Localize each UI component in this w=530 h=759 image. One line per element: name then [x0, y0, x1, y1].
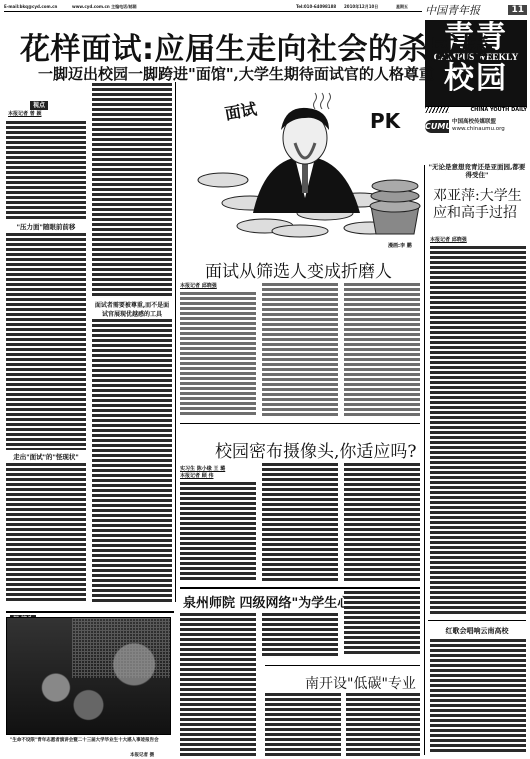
header-email: E-mail:bkq@cyd.com.cn: [4, 4, 57, 9]
page-number: 11: [508, 5, 527, 15]
cartoon-illustration: 面试 PK: [195, 88, 423, 238]
story2-byline: 本报记者 邱晓强: [180, 282, 217, 289]
main-story-text-col1c: [6, 462, 86, 602]
story3-text-col2: [262, 462, 338, 581]
strip-text: CHINA YOUTH DAILY: [468, 107, 527, 113]
masthead: 中国青年报 11 青青 CAMPUS WEEKLY 校园 CHINA YOUTH…: [425, 3, 527, 133]
china-youth-daily-strip: CHINA YOUTH DAILY: [425, 106, 527, 113]
header-date: 2010年12月10日: [344, 4, 378, 9]
cartoon-credit: 漫画:李 鹏: [388, 242, 412, 249]
main-subhead-2: 面试者需要被尊重,而不是面试官展现优越感的工具: [92, 300, 172, 318]
cartoon-label-pk: PK: [370, 109, 402, 133]
story5-text-col2: [346, 692, 420, 756]
sidebar-rule: [428, 620, 526, 621]
news-photo: [6, 617, 171, 735]
story3-headline: 校园密布摄像头,你适应吗?: [215, 437, 417, 462]
story5-headline: 南开设"低碳"专业: [305, 673, 416, 693]
sidebar-headline: 邓亚萍:大学生应和高手过招: [433, 188, 525, 222]
main-story-text-col1a: [6, 120, 86, 220]
story2-headline: 面试从筛选人变成折磨人: [205, 257, 392, 282]
header-website: www.cyd.com.cn 主编电话/邮箱: [72, 4, 137, 9]
section-tag-viewpoint: 视点: [30, 92, 48, 111]
section-divider: [180, 423, 420, 424]
story3-text-col3: [344, 462, 420, 581]
section-title-line2: 校园: [425, 63, 527, 94]
main-subheadline: 一脚迈出校园一脚跨进"面馆",大学生期待面试官的人格尊重: [38, 63, 418, 84]
story4-text-col3: [344, 590, 420, 656]
section-divider-3: [265, 665, 420, 666]
story6-headline: 红歌会唱响云南高校: [428, 626, 526, 636]
story5-text-col1: [265, 692, 341, 756]
section-tag-label: 视点: [30, 101, 48, 110]
partner-url[interactable]: www.chinaumu.org: [452, 126, 505, 133]
partner-name: 中国高校传媒联盟: [452, 119, 505, 126]
cumu-logo-icon: CUMU: [425, 120, 449, 133]
main-story-text-col2b: [92, 318, 172, 602]
story4-text-col1: [180, 612, 256, 757]
main-subhead-3: 走出"面试"的"怪现状": [6, 452, 86, 461]
sidebar-text: [430, 245, 526, 615]
cartoon-label-interview: 面试: [223, 99, 259, 123]
header-info-bar: E-mail:bkq@cyd.com.cn www.cyd.com.cn 主编电…: [4, 3, 422, 12]
header-weekday: 星期五: [396, 4, 408, 9]
sidebar-quote: "无论是意想竞青还是亚面园,都要得受住": [428, 163, 526, 179]
main-byline: 本报记者 曾 颖: [8, 110, 41, 117]
main-story-text-col2a: [92, 82, 172, 297]
story2-text-col2: [262, 282, 338, 416]
story6-text: [430, 638, 526, 753]
main-subhead-1: "压力面"随眼前前移: [6, 222, 86, 231]
story4-text-col2: [262, 612, 338, 656]
story2-text-col3: [344, 282, 420, 416]
sidebar-divider: [424, 165, 425, 755]
story2-text-col1: [180, 291, 256, 416]
photo-credit: 本报记者 摄: [130, 752, 154, 758]
main-story-text-col1b: [6, 232, 86, 450]
section-divider-2: [180, 587, 420, 589]
partner-block: CUMU 中国高校传媒联盟 www.chinaumu.org: [425, 119, 527, 133]
story3-text-col1: [180, 481, 256, 581]
story3-byline-1: 实习生 陈小缘 王 璐: [180, 465, 225, 472]
newspaper-logo: 中国青年报: [425, 2, 480, 18]
main-headline: 花样面试:应届生走向社会的杀威棒: [20, 24, 420, 68]
sidebar-byline: 本报记者 邱晓强: [430, 236, 467, 243]
header-phone: Tel:010-64098188: [296, 4, 336, 9]
photo-caption: "生命不设限"青年志愿者演讲会暨二十三届大学毕业生十大感人事迹报告会: [10, 738, 170, 744]
column-divider: [175, 82, 176, 602]
story3-byline-2: 本报记者 顾 伟: [180, 472, 213, 479]
